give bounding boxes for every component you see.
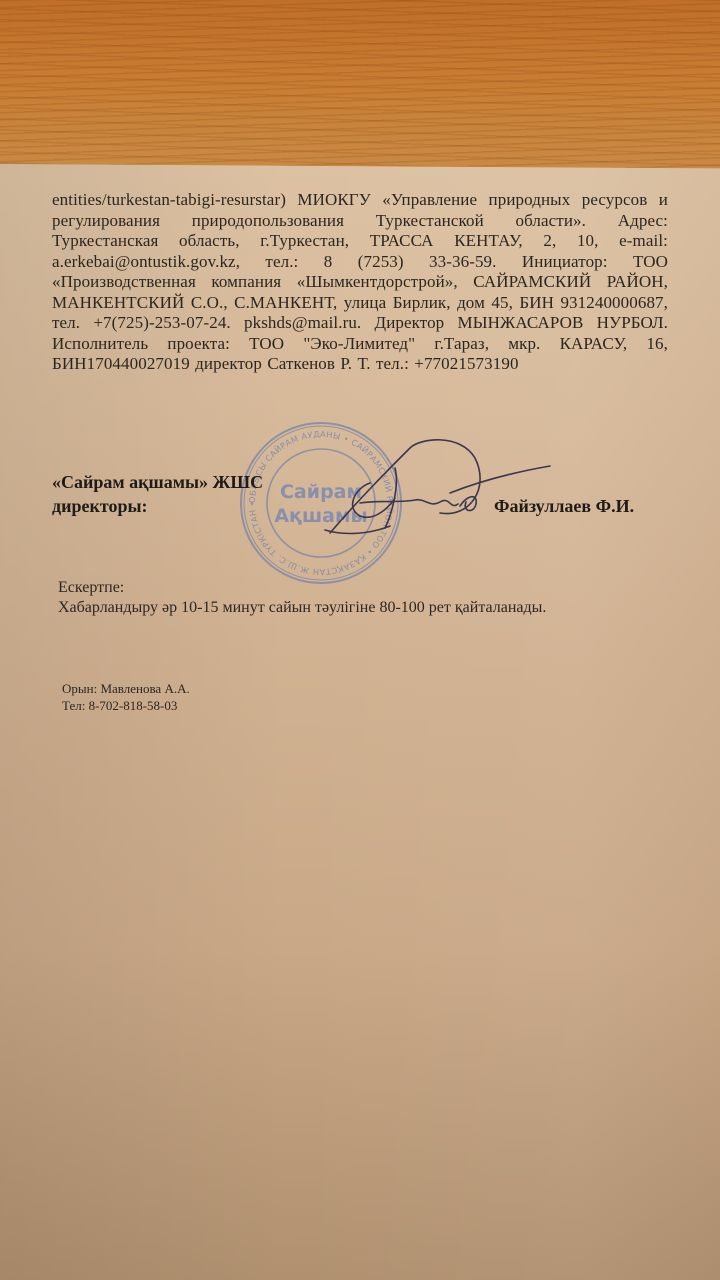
body-paragraph: entities/turkestan-tabigi-resurstar) МИО… [52, 190, 668, 375]
wooden-table-background [0, 0, 720, 170]
handwritten-signature-icon [300, 428, 560, 538]
performer-name: Орын: Мавленова А.А. [62, 680, 190, 697]
note-section: Ескертпе: Хабарландыру әр 10-15 минут са… [58, 578, 678, 618]
performer-phone: Тел: 8-702-818-58-03 [62, 697, 190, 714]
note-text: Хабарландыру әр 10-15 минут сайын тәуліг… [58, 598, 678, 618]
contact-section: Орын: Мавленова А.А. Тел: 8-702-818-58-0… [62, 680, 190, 714]
note-label: Ескертпе: [58, 578, 678, 598]
